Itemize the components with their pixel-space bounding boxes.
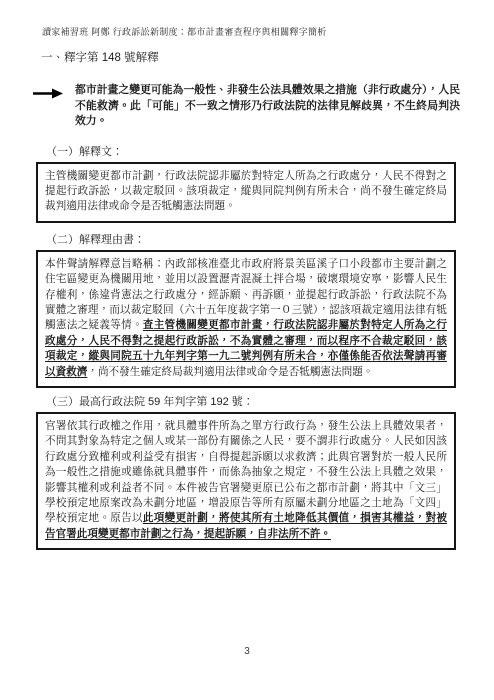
- interpretation-text-body: 主管機關變更都市計劃，行政法院認非屬於對特定人所為之行政處分，人民不得對之提起行…: [45, 170, 447, 213]
- judgment-text-plain: 官署依其行政權之作用，就具體事件所為之單方行政行為，發生公法上具體效果者，不問其…: [45, 420, 447, 524]
- box-interpretation-text: 主管機關變更都市計劃，行政法院認非屬於對特定人所為之行政處分，人民不得對之提起行…: [36, 162, 456, 223]
- heading-interpretation-text: （一）解釋文：: [46, 143, 494, 159]
- document-header: 讀家補習班 阿鄭 行政訴訟新制度：都市計畫審查程序與相關釋字簡析: [42, 0, 494, 38]
- summary-text: 都市計畫之變更可能為一般性、非發生公法具體效果之措施（非行政處分），人民不能救濟…: [75, 83, 460, 130]
- summary-note: 都市計畫之變更可能為一般性、非發生公法具體效果之措施（非行政處分），人民不能救濟…: [33, 83, 460, 130]
- heading-supreme-court-judgment: （三）最高行政法院 59 年判字第 192 號：: [46, 393, 494, 409]
- heading-interpretation-reasoning: （二）解釋理由書：: [46, 231, 494, 247]
- page-number: 3: [0, 646, 494, 657]
- right-arrow-icon: [33, 86, 63, 104]
- box-interpretation-reasoning: 本件聲請解釋意旨略稱：內政部核准臺北市政府將景美區溪子口小段都市主要計劃之住宅區…: [36, 250, 456, 388]
- reasoning-text-plain-2: ，尚不發生確定終局裁判適用法律或命令是否牴觸憲法問題。: [87, 366, 373, 378]
- box-supreme-court-judgment: 官署依其行政權之作用，就具體事件所為之單方行政行為，發生公法上具體效果者，不問其…: [36, 412, 456, 550]
- document-page: 讀家補習班 阿鄭 行政訴訟新制度：都市計畫審查程序與相關釋字簡析 一、釋字第 1…: [0, 0, 494, 700]
- page-title: 一、釋字第 148 號解釋: [41, 49, 494, 65]
